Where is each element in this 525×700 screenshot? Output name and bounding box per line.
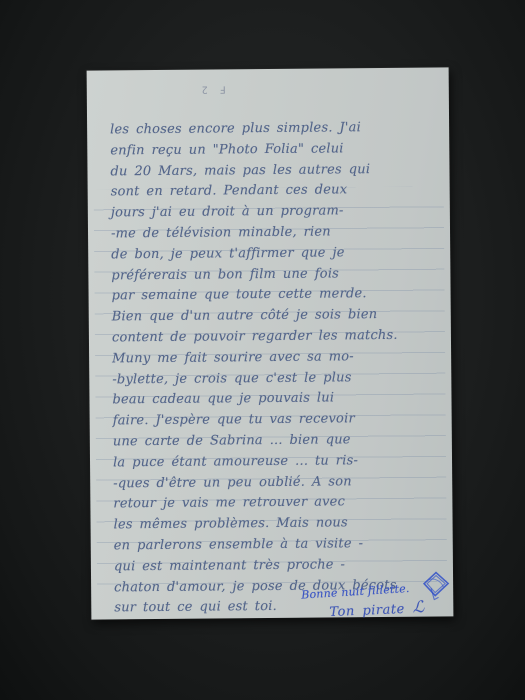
letter-line: la puce étant amoureuse ... tu ris- bbox=[113, 450, 438, 474]
letter-line: faire. J'espère que tu vas recevoir bbox=[113, 409, 438, 433]
letter-line: en parlerons ensemble à ta visite - bbox=[114, 533, 439, 557]
letter-line: beau cadeau que je pouvais lui bbox=[112, 388, 437, 412]
letter-line: les mêmes problèmes. Mais nous bbox=[113, 513, 438, 537]
letter-line: par semaine que toute cette merde. bbox=[111, 284, 436, 308]
signature-text: Ton pirate bbox=[329, 602, 405, 620]
letter-line: Muny me fait sourire avec sa mo- bbox=[112, 346, 437, 370]
letter-line: Bien que d'un autre côté je sois bien bbox=[112, 305, 437, 329]
letter-line: préférerais un bon film une fois bbox=[111, 263, 436, 287]
letter-line: les choses encore plus simples. J'ai bbox=[110, 118, 435, 142]
letter-line: -bylette, je crois que c'est le plus bbox=[112, 367, 437, 391]
letter-paper: F 2 les choses encore plus simples. J'ai… bbox=[87, 67, 454, 619]
letter-line: enfin reçu un "Photo Folia" celui bbox=[110, 138, 435, 162]
letter-body: les choses encore plus simples. J'aienfi… bbox=[110, 118, 439, 620]
letter-line: -me de télévision minable, rien bbox=[111, 222, 436, 246]
letter-line: -ques d'être un peu oublié. A son bbox=[113, 471, 438, 495]
letter-line: du 20 Mars, mais pas les autres qui bbox=[110, 159, 435, 183]
letter-line: content de pouvoir regarder les matchs. bbox=[112, 326, 437, 350]
ink-doodle bbox=[421, 570, 451, 604]
page-stamp: F 2 bbox=[199, 83, 226, 94]
photo-background: F 2 les choses encore plus simples. J'ai… bbox=[0, 0, 525, 700]
letter-line: jours j'ai eu droit à un program- bbox=[111, 201, 436, 225]
letter-line: retour je vais me retrouver avec bbox=[113, 492, 438, 516]
letter-line: qui est maintenant très proche - bbox=[114, 554, 439, 578]
letter-line: sont en retard. Pendant ces deux bbox=[111, 180, 436, 204]
letter-line: une carte de Sabrina ... bien que bbox=[113, 429, 438, 453]
letter-line: de bon, je peux t'affirmer que je bbox=[111, 242, 436, 266]
